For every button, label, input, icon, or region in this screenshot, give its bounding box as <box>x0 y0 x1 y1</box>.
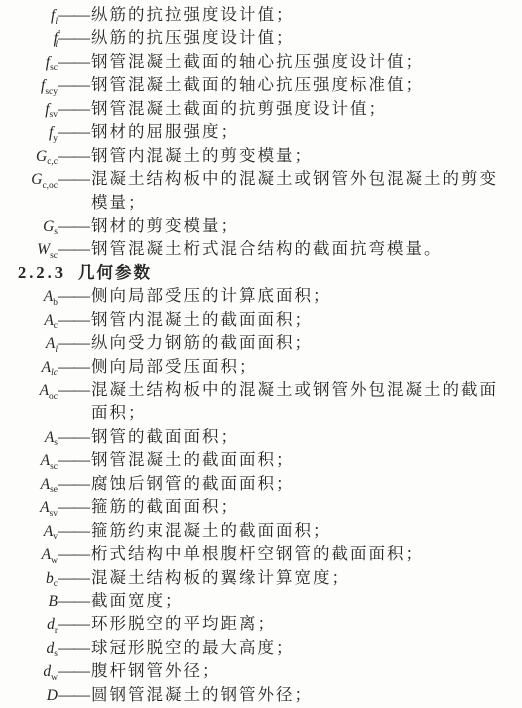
em-dash: —— <box>58 683 91 706</box>
symbol-base: A <box>44 523 53 540</box>
definition-text: 桁式结构中单根腹杆空钢管的截面面积； <box>91 542 516 565</box>
definition-text: 钢材的屈服强度； <box>91 120 516 143</box>
definition-text: 钢管内混凝土的剪变模量； <box>91 144 516 167</box>
symbol-subscript: l <box>55 17 58 27</box>
definition-line: Wsc —— 钢管混凝土桁式混合结构的截面抗弯模量。 <box>18 237 516 260</box>
symbol-subscript: se <box>50 485 58 495</box>
definition-entry: bc —— 混凝土结构板的翼缘计算宽度； <box>18 566 516 589</box>
definition-text: 混凝土结构板中的混凝土或钢管外包混凝土的剪变 <box>91 167 516 190</box>
definition-entry: Asc —— 钢管混凝土的截面面积； <box>18 448 516 471</box>
definition-text: 箍筋约束混凝土的截面面积； <box>91 519 516 542</box>
symbol-subscript: r <box>55 626 58 636</box>
definition-text: 侧向局部受压面积； <box>91 355 516 378</box>
symbol-subscript: s <box>54 227 58 237</box>
definition-text: 箍筋的截面面积； <box>91 495 516 518</box>
definition-text: 截面宽度； <box>91 589 516 612</box>
definition-text: 腐蚀后钢管的截面面积； <box>91 472 516 495</box>
definition-entry: Al —— 纵向受力钢筋的截面面积； <box>18 331 516 354</box>
symbol-base: A <box>45 429 54 446</box>
definition-line: dw —— 腹杆钢管外径； <box>18 659 516 682</box>
definition-entry: Gc,c —— 钢管内混凝土的剪变模量； <box>18 144 516 167</box>
definition-line: fscy —— 钢管混凝土截面的轴心抗压强度标准值； <box>18 73 516 96</box>
definition-entry: fsc —— 钢管混凝土截面的轴心抗压强度设计值； <box>18 50 516 73</box>
definition-entry: As —— 钢管的截面面积； <box>18 425 516 448</box>
definition-text-continuation: 面积； <box>91 401 516 424</box>
em-dash: —— <box>58 542 91 565</box>
em-dash: —— <box>58 612 91 635</box>
definition-entry: Av —— 箍筋约束混凝土的截面面积； <box>18 519 516 542</box>
definition-line: Ase —— 腐蚀后钢管的截面面积； <box>18 472 516 495</box>
em-dash: —— <box>58 331 91 354</box>
definition-line: As —— 钢管的截面面积； <box>18 425 516 448</box>
symbol-subscript: oc <box>49 392 58 402</box>
symbol-subscript: l <box>55 345 58 355</box>
symbol-subscript: c,c <box>47 157 58 167</box>
symbol-base: A <box>41 452 50 469</box>
symbol-base: d <box>47 616 55 633</box>
definition-entry: fsv —— 钢管混凝土截面的抗剪强度设计值； <box>18 97 516 120</box>
em-dash: —— <box>58 425 91 448</box>
em-dash: —— <box>58 636 91 659</box>
definition-text: 钢管混凝土桁式混合结构的截面抗弯模量。 <box>91 237 516 260</box>
symbol-base: B <box>49 593 58 610</box>
section-number: 2.2.3 <box>18 263 66 282</box>
definition-line: Asc —— 钢管混凝土的截面面积； <box>18 448 516 471</box>
definition-line: Ab —— 侧向局部受压的计算底面积； <box>18 284 516 307</box>
symbol-base: A <box>42 546 51 563</box>
symbol-subscript: c <box>54 321 58 331</box>
em-dash: —— <box>58 26 91 49</box>
symbol-subscript: l <box>55 40 58 50</box>
em-dash: —— <box>58 50 91 73</box>
symbol: B <box>18 590 58 613</box>
em-dash: —— <box>58 120 91 143</box>
em-dash: —— <box>58 472 91 495</box>
definition-line: bc —— 混凝土结构板的翼缘计算宽度； <box>18 566 516 589</box>
document-page: fl —— 纵筋的抗拉强度设计值； f′l —— 纵筋的抗压强度设计值； fsc… <box>0 0 522 708</box>
em-dash: —— <box>58 97 91 120</box>
definition-line: Al —— 纵向受力钢筋的截面面积； <box>18 331 516 354</box>
symbol-subscript: s <box>54 438 58 448</box>
symbol-base: G <box>36 148 47 165</box>
symbol-base: A <box>40 499 49 516</box>
definition-text: 环形脱空的平均距离； <box>91 612 516 635</box>
symbol-subscript: sc <box>50 462 58 472</box>
em-dash: —— <box>58 144 91 167</box>
em-dash: —— <box>58 167 91 190</box>
symbol-base: A <box>40 382 49 399</box>
symbol-subscript: y <box>53 134 58 144</box>
definition-entry: fl —— 纵筋的抗拉强度设计值； <box>18 3 516 26</box>
section-title: 几何参数 <box>78 263 152 282</box>
em-dash: —— <box>58 566 91 589</box>
symbol-subscript: sc <box>50 63 58 73</box>
definition-line: D —— 圆钢管混凝土的钢管外径； <box>18 683 516 706</box>
definition-entry: fy —— 钢材的屈服强度； <box>18 120 516 143</box>
em-dash: —— <box>58 214 91 237</box>
definition-text: 钢管内混凝土的截面面积； <box>91 308 516 331</box>
definition-text: 腹杆钢管外径； <box>91 659 516 682</box>
definition-entry: ds —— 球冠形脱空的最大高度； <box>18 636 516 659</box>
definition-line: Ac —— 钢管内混凝土的截面面积； <box>18 308 516 331</box>
definition-entry: Ase —— 腐蚀后钢管的截面面积； <box>18 472 516 495</box>
symbol-base: A <box>42 359 51 376</box>
symbol-base: D <box>47 687 58 704</box>
symbol-prime: ′ <box>58 28 60 40</box>
definition-text: 侧向局部受压的计算底面积； <box>91 284 516 307</box>
em-dash: —— <box>58 308 91 331</box>
definition-text: 纵筋的抗压强度设计值； <box>91 26 516 49</box>
definition-text: 纵筋的抗拉强度设计值； <box>91 3 516 26</box>
definition-text-continuation: 模量； <box>91 191 516 214</box>
symbol-base: b <box>46 570 54 587</box>
definition-line: Asv —— 箍筋的截面面积； <box>18 495 516 518</box>
definition-text: 圆钢管混凝土的钢管外径； <box>91 683 516 706</box>
symbol-base: f <box>45 101 49 118</box>
symbol-subscript: scy <box>45 87 58 97</box>
definition-text: 钢材的剪变模量； <box>91 214 516 237</box>
definition-line: Gc,c —— 钢管内混凝土的剪变模量； <box>18 144 516 167</box>
definition-text: 钢管混凝土截面的抗剪强度设计值； <box>91 97 516 120</box>
symbol-subscript: sv <box>50 110 58 120</box>
definition-text: 钢管混凝土截面的轴心抗压强度设计值； <box>91 50 516 73</box>
definition-entry: Alc —— 侧向局部受压面积； <box>18 355 516 378</box>
em-dash: —— <box>58 378 91 401</box>
definition-entry: fscy —— 钢管混凝土截面的轴心抗压强度标准值； <box>18 73 516 96</box>
definition-line: Gs —— 钢材的剪变模量； <box>18 214 516 237</box>
symbol-subscript: b <box>53 298 58 308</box>
section-heading: 2.2.3几何参数 <box>18 261 516 284</box>
definition-entry: Aw —— 桁式结构中单根腹杆空钢管的截面面积； <box>18 542 516 565</box>
definition-entry: Ac —— 钢管内混凝土的截面面积； <box>18 308 516 331</box>
em-dash: —— <box>58 448 91 471</box>
definition-line: Gc,oc —— 混凝土结构板中的混凝土或钢管外包混凝土的剪变 <box>18 167 516 190</box>
definition-line: Aoc —— 混凝土结构板中的混凝土或钢管外包混凝土的截面 <box>18 378 516 401</box>
definition-text: 混凝土结构板中的混凝土或钢管外包混凝土的截面 <box>91 378 516 401</box>
definition-line: ds —— 球冠形脱空的最大高度； <box>18 636 516 659</box>
em-dash: —— <box>58 659 91 682</box>
definition-line: Av —— 箍筋约束混凝土的截面面积； <box>18 519 516 542</box>
symbol-base: A <box>44 312 53 329</box>
definition-line: fl —— 纵筋的抗拉强度设计值； <box>18 3 516 26</box>
definition-entry: dw —— 腹杆钢管外径； <box>18 659 516 682</box>
definition-entry: D —— 圆钢管混凝土的钢管外径； <box>18 683 516 706</box>
symbol: Gc,oc <box>18 168 58 194</box>
definition-text: 钢管混凝土截面的轴心抗压强度标准值； <box>91 73 516 96</box>
em-dash: —— <box>58 284 91 307</box>
em-dash: —— <box>58 519 91 542</box>
definition-line: fsv —— 钢管混凝土截面的抗剪强度设计值； <box>18 97 516 120</box>
definition-entry: Asv —— 箍筋的截面面积； <box>18 495 516 518</box>
definition-line: Aw —— 桁式结构中单根腹杆空钢管的截面面积； <box>18 542 516 565</box>
symbol-subscript: c <box>54 579 58 589</box>
definition-text: 钢管的截面面积； <box>91 425 516 448</box>
definition-entry: B —— 截面宽度； <box>18 589 516 612</box>
symbol-base: A <box>41 476 50 493</box>
definition-text: 纵向受力钢筋的截面面积； <box>91 331 516 354</box>
definition-text: 钢管混凝土的截面面积； <box>91 448 516 471</box>
symbol-subscript: sv <box>50 509 58 519</box>
definition-entry: Ab —— 侧向局部受压的计算底面积； <box>18 284 516 307</box>
definition-line: fy —— 钢材的屈服强度； <box>18 120 516 143</box>
symbol-subscript: w <box>51 673 58 683</box>
definition-text: 球冠形脱空的最大高度； <box>91 636 516 659</box>
symbol-base: G <box>43 218 54 235</box>
em-dash: —— <box>58 589 91 612</box>
definition-line: dr —— 环形脱空的平均距离； <box>18 612 516 635</box>
definition-line: fsc —— 钢管混凝土截面的轴心抗压强度设计值； <box>18 50 516 73</box>
symbol-base: A <box>46 335 55 352</box>
definition-entry: Aoc —— 混凝土结构板中的混凝土或钢管外包混凝土的截面 面积； <box>18 378 516 425</box>
symbol-subscript: s <box>54 649 58 659</box>
symbol-base: d <box>43 663 51 680</box>
em-dash: —— <box>58 355 91 378</box>
definition-entry: dr —— 环形脱空的平均距离； <box>18 612 516 635</box>
symbol-subscript: v <box>53 532 58 542</box>
em-dash: —— <box>58 3 91 26</box>
symbol-subscript: w <box>51 556 58 566</box>
symbol-base: A <box>44 288 53 305</box>
symbol-subscript: c,oc <box>42 181 58 191</box>
definition-entry: Gs —— 钢材的剪变模量； <box>18 214 516 237</box>
definition-line: B —— 截面宽度； <box>18 589 516 612</box>
definition-line: f′l —— 纵筋的抗压强度设计值； <box>18 26 516 49</box>
em-dash: —— <box>58 237 91 260</box>
definition-entry: Wsc —— 钢管混凝土桁式混合结构的截面抗弯模量。 <box>18 237 516 260</box>
definition-text: 混凝土结构板的翼缘计算宽度； <box>91 566 516 589</box>
symbol: D <box>18 684 58 707</box>
definition-entry: f′l —— 纵筋的抗压强度设计值； <box>18 26 516 49</box>
definition-entry: Gc,oc —— 混凝土结构板中的混凝土或钢管外包混凝土的剪变 模量； <box>18 167 516 214</box>
definition-line: Alc —— 侧向局部受压面积； <box>18 355 516 378</box>
em-dash: —— <box>58 73 91 96</box>
em-dash: —— <box>58 495 91 518</box>
symbol-subscript: lc <box>51 368 58 378</box>
symbol: Aoc <box>18 379 58 405</box>
symbol-base: W <box>37 241 50 258</box>
symbol-subscript: sc <box>50 251 58 261</box>
symbol-base: G <box>31 171 42 188</box>
